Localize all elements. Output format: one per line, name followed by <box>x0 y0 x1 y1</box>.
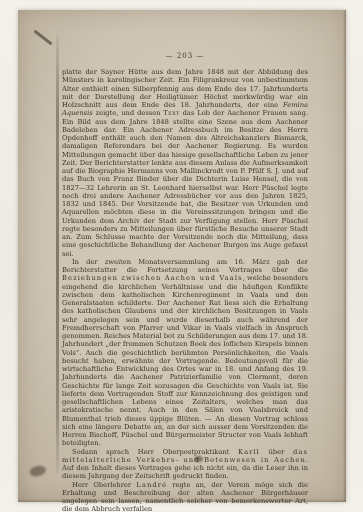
text-segment: In der zweiten Monatsversammlung am 16. … <box>62 258 308 274</box>
page-number: — 203 — <box>62 52 308 60</box>
text-segment: Text <box>163 109 179 117</box>
scanned-book-page: — 203 — platte der Sayner Hütte aus dem … <box>0 0 363 512</box>
text-segment: Beziehungen zwischen Aachen und Vaals <box>62 274 243 282</box>
text-segment: zeigte, und dessen <box>93 109 164 117</box>
paragraph: In der zweiten Monatsversammlung am 16. … <box>62 258 308 448</box>
text-segment: Herr Oberlehrer <box>72 481 136 489</box>
text-segment: Sodann sprach Herr Oberpostpraktikant <box>72 448 238 456</box>
text-segment: das Lob der Aachener Frauen sang. Ein Bi… <box>62 109 308 257</box>
paragraph: Herr Oberlehrer Landré regte an, der Ver… <box>62 481 308 512</box>
paper-sheet: — 203 — platte der Sayner Hütte aus dem … <box>18 10 346 502</box>
text-segment: Karll <box>238 448 260 456</box>
page-edge-shadow-right <box>343 10 346 502</box>
text-segment: Landré <box>136 481 167 489</box>
text-segment: , welche besonders eingehend die kirchli… <box>62 274 308 447</box>
text-segment: platte der Sayner Hütte aus dem Jahre 18… <box>62 68 308 109</box>
paragraph: Sodann sprach Herr Oberpostpraktikant Ka… <box>62 448 308 481</box>
gutter-crease-shadow <box>56 34 59 474</box>
paragraph: platte der Sayner Hütte aus dem Jahre 18… <box>62 68 308 258</box>
scan-artifact-top-left <box>33 30 52 46</box>
text-block: platte der Sayner Hütte aus dem Jahre 18… <box>62 68 308 512</box>
text-segment: über <box>260 448 293 456</box>
scan-artifact-bottom-left <box>29 464 47 478</box>
